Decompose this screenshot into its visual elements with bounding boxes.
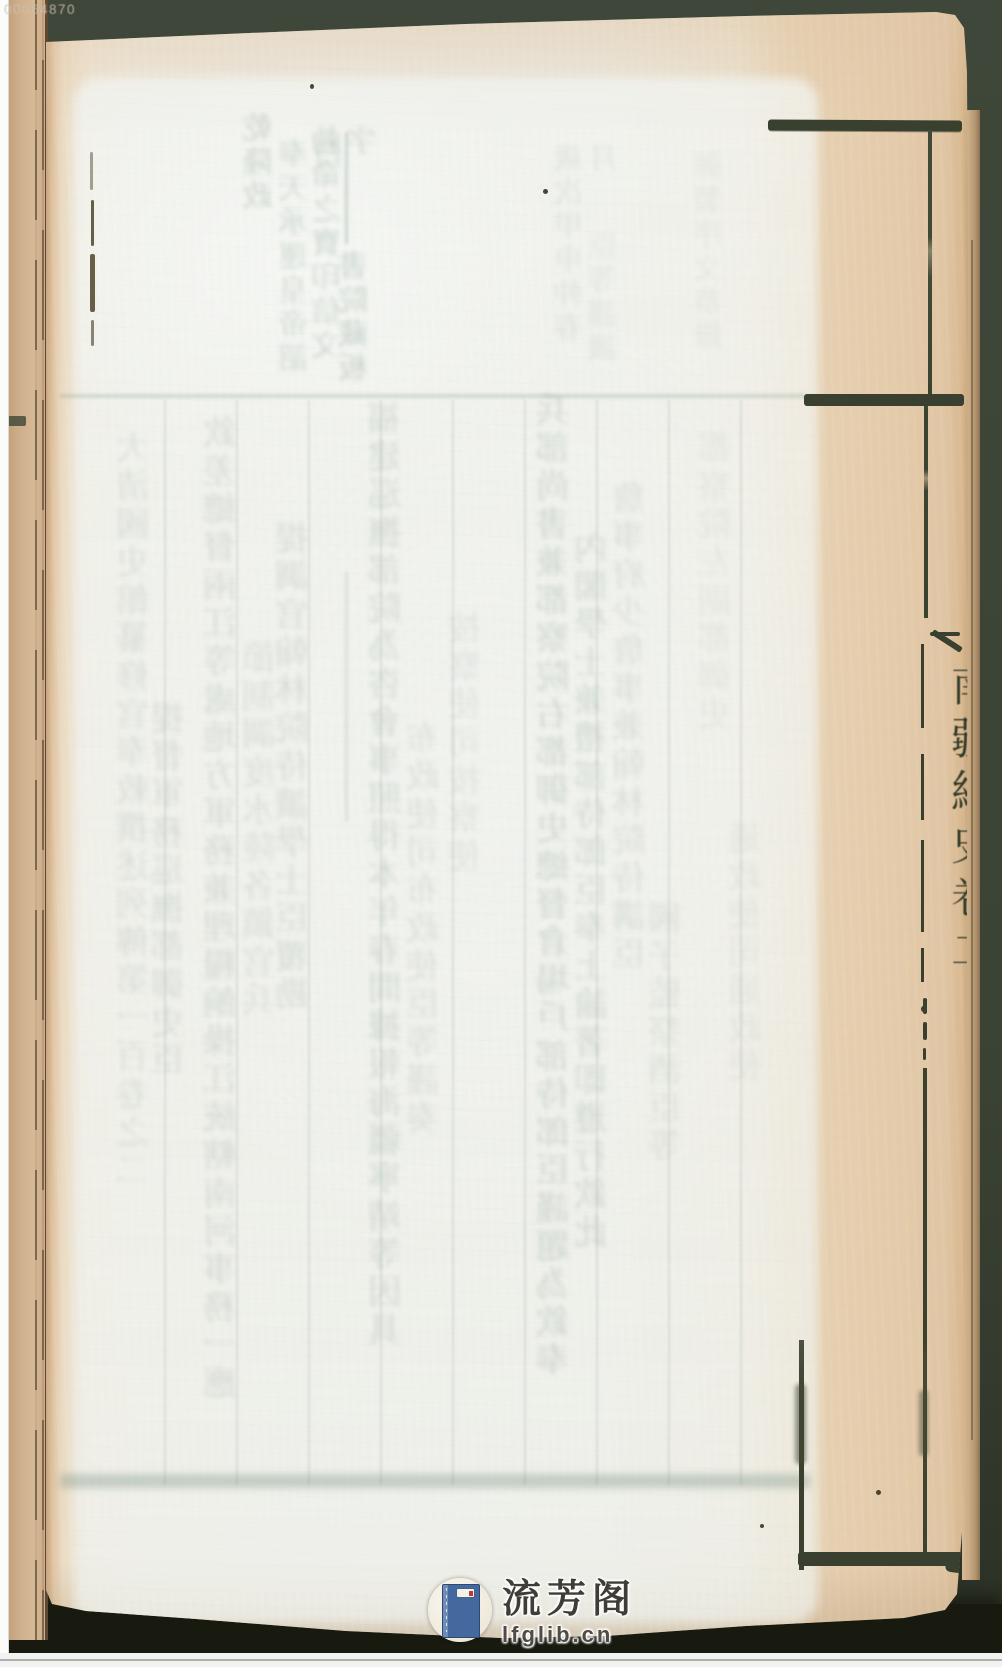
frame-bar-mid	[804, 394, 964, 406]
left-edge-line	[42, 0, 44, 1640]
watermark-texts: 流芳阁 lfglib.cn	[502, 1580, 637, 1648]
bleedthrough-column: 按察使司按察使	[448, 610, 488, 930]
right-edge-ridge-line	[971, 240, 973, 1440]
paper-speck	[760, 1524, 764, 1528]
fold-line-dash	[923, 1048, 926, 1060]
red-seal-icon	[469, 1591, 473, 1596]
fold-line-dash	[923, 1022, 927, 1040]
book-leaf: 乾隆政奉天承運皇帝詔曰勅命之寶印信文字書院藏板歲次甲申仲春月臣等謹識御製序文恭錄…	[46, 12, 968, 1642]
fold-line-dash	[921, 948, 924, 982]
margin-ink-dash	[91, 200, 94, 246]
book-icon	[442, 1584, 480, 1638]
scanner-bottom-gray-line	[0, 1659, 1002, 1661]
fold-line-dash	[923, 998, 927, 1014]
paper-speck	[310, 84, 314, 89]
bleedthrough-layer: 乾隆政奉天承運皇帝詔曰勅命之寶印信文字書院藏板歲次甲申仲春月臣等謹識御製序文恭錄…	[46, 12, 968, 1642]
paper-speck	[876, 1490, 881, 1495]
bleedthrough-column: 兵部尚書兼都察院右都御史總督倉場戶部侍郎臣謹題為欽奉	[536, 392, 576, 1462]
library-watermark: 流芳阁 lfglib.cn	[428, 1578, 648, 1650]
watermark-site-name: 流芳阁	[502, 1580, 637, 1619]
margin-ink-dash	[90, 254, 95, 312]
frame-vline-mid	[924, 406, 928, 618]
scanner-white-strip-left	[0, 0, 9, 1667]
book-title-label	[457, 1589, 474, 1597]
bleedthrough-column: 福建巡撫部院為咨會事照得本年春間據報海疆寧靖等因具	[368, 400, 408, 1460]
scan-id-number: 00064870	[4, 2, 76, 17]
ink-smudge	[795, 1384, 806, 1464]
left-edge-line	[35, 0, 37, 1640]
bleedthrough-column: 書院藏板	[339, 250, 374, 405]
margin-ink-dash	[90, 152, 93, 190]
frame-vline-upper	[928, 130, 932, 398]
fold-line-dash	[921, 644, 924, 728]
fold-running-title: 南疆繹史卷二	[930, 662, 990, 1002]
bleedthrough-column: 提督軍務巡撫都御史臣	[151, 700, 191, 1120]
bleedthrough-column: 御製序文恭錄	[694, 150, 729, 360]
margin-ink-dash	[91, 320, 94, 346]
frame-bar-top	[768, 119, 962, 131]
paper-speck	[543, 189, 548, 194]
watermark-site-url: lfglib.cn	[502, 1622, 637, 1648]
book-stitch-detail	[446, 1588, 447, 1632]
fold-line-dash	[921, 754, 924, 820]
left-page-edge-stack	[8, 0, 48, 1640]
frame-vline-lower	[923, 1068, 927, 1564]
bleedthrough-column: 臣等謹識	[588, 230, 623, 380]
watermark-badge	[428, 1578, 492, 1642]
book-scan-page: 乾隆政奉天承運皇帝詔曰勅命之寶印信文字書院藏板歲次甲申仲春月臣等謹識御製序文恭錄…	[0, 0, 1002, 1667]
bleedthrough-column: 內閣學士兼禮部侍郎臣奉上諭著即遵行欽此	[574, 530, 614, 1430]
frame-bar-bottom	[798, 1552, 964, 1566]
ink-smudge	[919, 1390, 928, 1456]
left-edge-ink-tick	[8, 416, 26, 426]
bleedthrough-column: 都察院左副都御史	[698, 430, 738, 810]
bleedthrough-column: 詹事府少詹事兼翰林院侍講臣	[612, 480, 652, 1000]
bleedthrough-column: 欽差總督兩江等處地方軍務兼理糧餉操江統轄南河事務一應	[203, 415, 243, 1445]
bleedthrough-column: 提調官翰林院侍讀學士臣覆勘	[275, 520, 315, 1080]
bleedthrough-column: 乾隆政	[243, 112, 278, 262]
fold-line-dash	[921, 840, 924, 932]
bleedthrough-column: 通政使司通政使	[728, 820, 768, 1150]
bleedthrough-column: 布政使司布政使臣等謹奏	[406, 720, 446, 1180]
bleedthrough-column: 國子監祭酒臣等	[648, 900, 688, 1230]
